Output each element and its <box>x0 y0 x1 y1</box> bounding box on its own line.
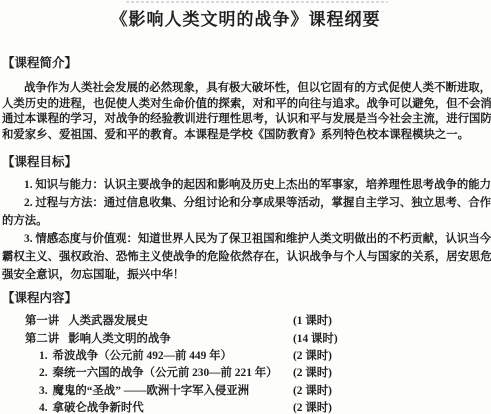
war-number: 1. <box>39 348 48 365</box>
war-number: 3. <box>39 383 48 400</box>
lecture-hours: (1 课时) <box>293 313 332 330</box>
war-hours: (2 课时) <box>293 383 332 400</box>
objective-line: 的方法。 <box>2 212 489 230</box>
section-content-heading: 【课程内容】 <box>2 290 489 307</box>
section-intro-heading: 【课程简介】 <box>2 55 489 72</box>
war-number: 2. <box>39 365 48 382</box>
war-number: 4. <box>39 400 48 414</box>
objective-line: 强安全意识，勿忘国耻，振兴中华！ <box>2 266 489 284</box>
war-row: 2.秦统一六国的战争（公元前 230—前 221 年） (2 课时) <box>2 365 489 382</box>
war-title: 拿破仑战争新时代 <box>53 402 144 414</box>
war-hours: (2 课时) <box>293 400 332 414</box>
war-row: 1.希波战争（公元前 492—前 449 年） (2 课时) <box>2 348 489 365</box>
lecture-row: 第二讲影响人类文明的战争 (14 课时) <box>2 331 489 348</box>
war-hours: (2 课时) <box>293 365 332 382</box>
lecture-row: 第一讲人类武器发展史 (1 课时) <box>2 313 489 330</box>
lecture-hours: (14 课时) <box>293 331 338 348</box>
lecture-label: 第二讲 <box>25 331 59 348</box>
war-title: 魔鬼的“圣战” ——欧洲十字军入侵亚洲 <box>53 385 250 397</box>
document-page: 《影响人类文明的战争》课程纲要 【课程简介】 战争作为人类社会发展的必然现象，具… <box>0 0 491 414</box>
section-objectives-list: 1. 知识与能力：认识主要战争的起因和影响及历史上杰出的军事家，培养理性思考战争… <box>2 176 489 284</box>
document-title: 《影响人类文明的战争》课程纲要 <box>2 9 489 31</box>
lecture-title: 影响人类文明的战争 <box>68 333 171 345</box>
war-title: 秦统一六国的战争（公元前 230—前 221 年） <box>53 367 278 379</box>
war-title: 希波战争（公元前 492—前 449 年） <box>53 350 232 362</box>
lecture-title: 人类武器发展史 <box>68 315 148 327</box>
section-intro-paragraph: 战争作为人类社会发展的必然现象，具有极大破坏性，但以它固有的方式促使人类不断进取… <box>2 81 489 143</box>
lecture-label: 第一讲 <box>25 313 59 330</box>
war-row: 3.魔鬼的“圣战” ——欧洲十字军入侵亚洲 (2 课时) <box>2 383 489 400</box>
intro-line: 通过本课程的学习，对战争的经验教训进行理性思考，认识和平与发展是当今社会主流，进… <box>2 112 489 128</box>
war-hours: (2 课时) <box>293 348 332 365</box>
objective-line: 2. 过程与方法：通过信息收集、分组讨论和分享成果等活动，掌握自主学习、独立思考… <box>2 194 489 212</box>
objective-line: 1. 知识与能力：认识主要战争的起因和影响及历史上杰出的军事家，培养理性思考战争… <box>2 176 489 194</box>
intro-line: 和爱家乡、爱祖国、爱和平的教育。本课程是学校《国防教育》系列特色校本课程模块之一… <box>2 128 489 144</box>
cropped-text-artifact <box>126 1 388 3</box>
war-row: 4.拿破仑战争新时代 (2 课时) <box>2 400 489 414</box>
section-objectives-heading: 【课程目标】 <box>2 154 489 171</box>
objective-line: 3. 情感态度与价值观：知道世界人民为了保卫祖国和维护人类文明做出的不朽贡献，认… <box>2 230 489 248</box>
objective-line: 霸权主义、强权政治、恐怖主义使战争的危险依然存在，认识战争与个人与国家的关系，居… <box>2 248 489 266</box>
intro-line: 人类历史的进程，也促使人类对生命价值的探索，对和平的向往与追求。战争可以避免，但… <box>2 97 489 113</box>
section-content-list: 第一讲人类武器发展史 (1 课时) 第二讲影响人类文明的战争 (14 课时) 1… <box>2 313 489 414</box>
intro-line: 战争作为人类社会发展的必然现象，具有极大破坏性，但以它固有的方式促使人类不断进取… <box>2 81 489 97</box>
